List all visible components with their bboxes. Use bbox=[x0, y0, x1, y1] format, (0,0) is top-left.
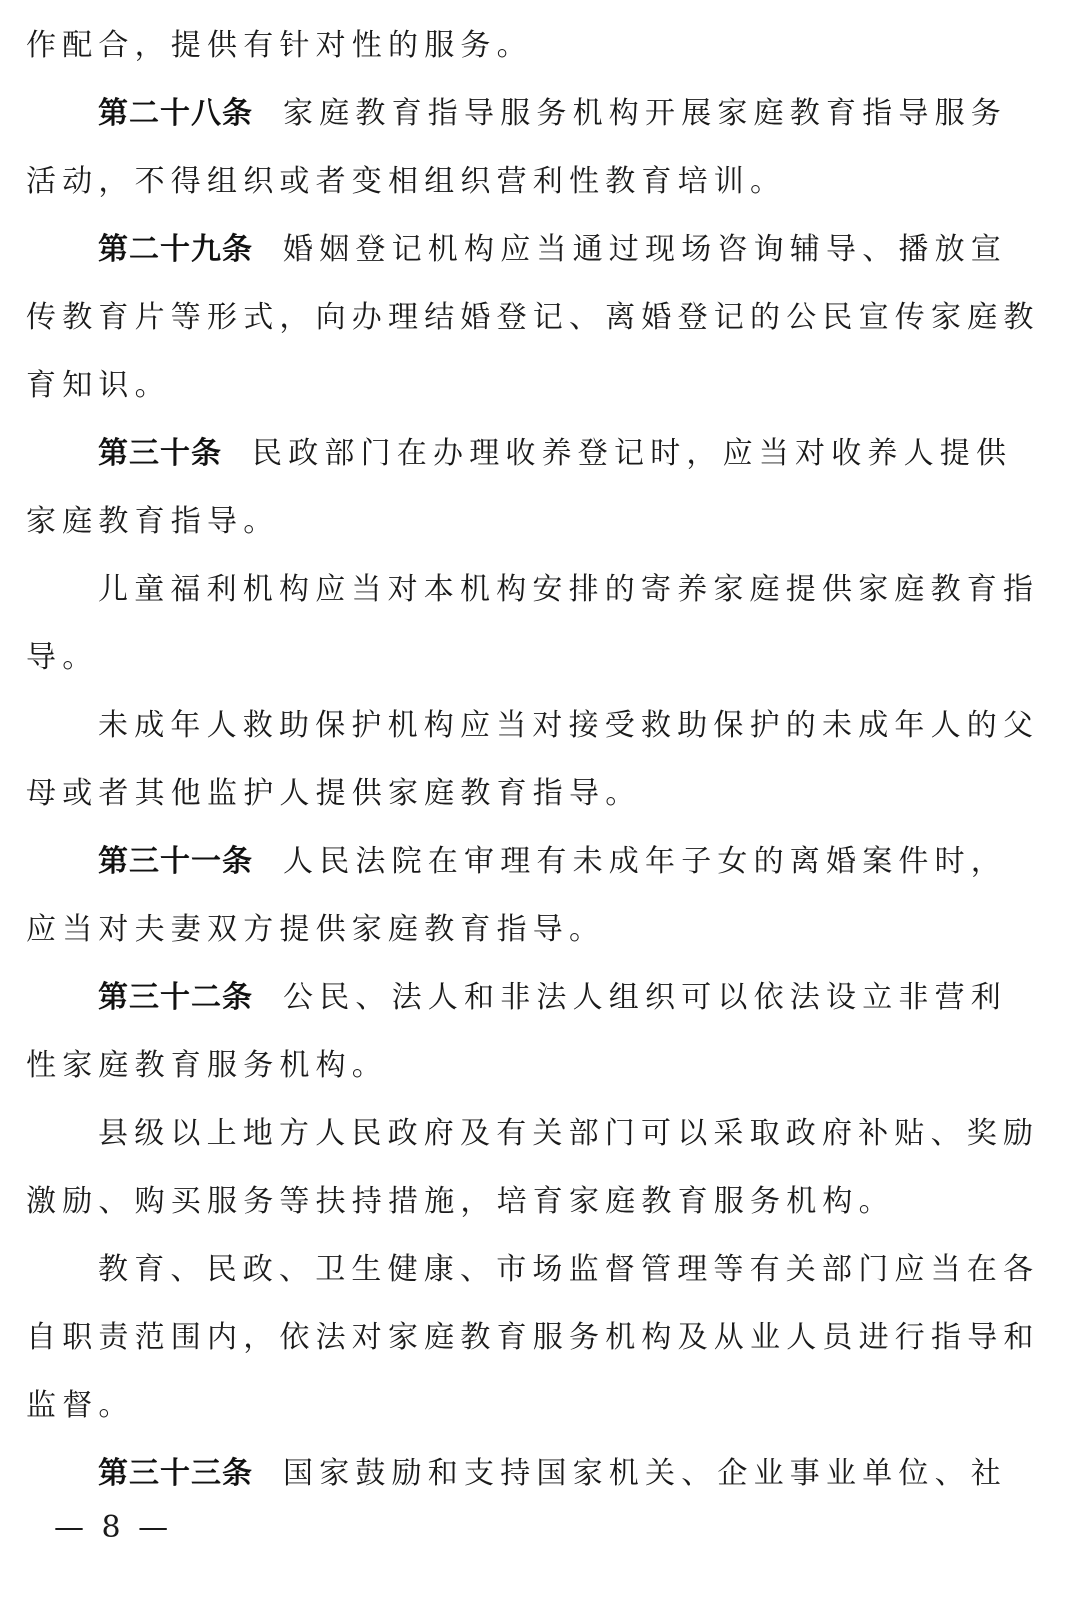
body-text: 教育、民政、卫生健康、市场监督管理等有关部门应当在各 bbox=[98, 1252, 1039, 1287]
text-line: 自职责范围内，依法对家庭教育服务机构及从业人员进行指导和 bbox=[26, 1304, 1036, 1372]
article-line: 第二十九条婚姻登记机构应当通过现场咨询辅导、播放宣 bbox=[26, 216, 1036, 284]
text-line: 活动，不得组织或者变相组织营利性教育培训。 bbox=[26, 148, 1036, 216]
text-line: 导。 bbox=[26, 624, 1036, 692]
body-text: 婚姻登记机构应当通过现场咨询辅导、播放宣 bbox=[283, 232, 1007, 267]
paragraph-line: 未成年人救助保护机构应当对接受救助保护的未成年人的父 bbox=[26, 692, 1036, 760]
text-line: 母或者其他监护人提供家庭教育指导。 bbox=[26, 760, 1036, 828]
text-line: 监督。 bbox=[26, 1372, 1036, 1440]
text-line: 应当对夫妻双方提供家庭教育指导。 bbox=[26, 896, 1036, 964]
paragraph-line: 教育、民政、卫生健康、市场监督管理等有关部门应当在各 bbox=[26, 1236, 1036, 1304]
article-heading: 第三十一条 bbox=[98, 844, 253, 879]
paragraph-line: 儿童福利机构应当对本机构安排的寄养家庭提供家庭教育指 bbox=[26, 556, 1036, 624]
article-line: 第二十八条家庭教育指导服务机构开展家庭教育指导服务 bbox=[26, 80, 1036, 148]
body-text: 家庭教育指导。 bbox=[26, 504, 279, 539]
text-line: 育知识。 bbox=[26, 352, 1036, 420]
body-text: 活动，不得组织或者变相组织营利性教育培训。 bbox=[26, 164, 786, 199]
body-text: 导。 bbox=[26, 640, 98, 675]
body-text: 未成年人救助保护机构应当对接受救助保护的未成年人的父 bbox=[98, 708, 1039, 743]
body-text: 人民法院在审理有未成年子女的离婚案件时， bbox=[283, 844, 1007, 879]
body-text: 激励、购买服务等扶持措施，培育家庭教育服务机构。 bbox=[26, 1184, 895, 1219]
body-text: 传教育片等形式，向办理结婚登记、离婚登记的公民宣传家庭教 bbox=[26, 300, 1040, 335]
article-line: 第三十二条公民、法人和非法人组织可以依法设立非营利 bbox=[26, 964, 1036, 1032]
article-line: 第三十一条人民法院在审理有未成年子女的离婚案件时， bbox=[26, 828, 1036, 896]
body-text: 育知识。 bbox=[26, 368, 171, 403]
body-text: 民政部门在办理收养登记时，应当对收养人提供 bbox=[252, 436, 1012, 471]
body-text: 国家鼓励和支持国家机关、企业事业单位、社 bbox=[283, 1456, 1007, 1491]
article-line: 第三十条民政部门在办理收养登记时，应当对收养人提供 bbox=[26, 420, 1036, 488]
paragraph-line: 县级以上地方人民政府及有关部门可以采取政府补贴、奖励 bbox=[26, 1100, 1036, 1168]
page-number: — 8 — bbox=[54, 1508, 172, 1548]
body-text: 家庭教育指导服务机构开展家庭教育指导服务 bbox=[283, 96, 1007, 131]
document-page: 作配合，提供有针对性的服务。 第二十八条家庭教育指导服务机构开展家庭教育指导服务… bbox=[26, 12, 1036, 1508]
body-text: 自职责范围内，依法对家庭教育服务机构及从业人员进行指导和 bbox=[26, 1320, 1040, 1355]
body-text: 监督。 bbox=[26, 1388, 135, 1423]
article-heading: 第三十条 bbox=[98, 436, 222, 471]
body-text: 县级以上地方人民政府及有关部门可以采取政府补贴、奖励 bbox=[98, 1116, 1039, 1151]
body-text: 应当对夫妻双方提供家庭教育指导。 bbox=[26, 912, 605, 947]
body-text: 性家庭教育服务机构。 bbox=[26, 1048, 388, 1083]
body-text: 公民、法人和非法人组织可以依法设立非营利 bbox=[283, 980, 1007, 1015]
article-heading: 第三十三条 bbox=[98, 1456, 253, 1491]
article-line: 第三十三条国家鼓励和支持国家机关、企业事业单位、社 bbox=[26, 1440, 1036, 1508]
body-text: 作配合，提供有针对性的服务。 bbox=[26, 28, 533, 63]
text-line: 传教育片等形式，向办理结婚登记、离婚登记的公民宣传家庭教 bbox=[26, 284, 1036, 352]
article-heading: 第二十九条 bbox=[98, 232, 253, 267]
text-line: 家庭教育指导。 bbox=[26, 488, 1036, 556]
text-line: 激励、购买服务等扶持措施，培育家庭教育服务机构。 bbox=[26, 1168, 1036, 1236]
article-heading: 第三十二条 bbox=[98, 980, 253, 1015]
text-line: 性家庭教育服务机构。 bbox=[26, 1032, 1036, 1100]
body-text: 母或者其他监护人提供家庭教育指导。 bbox=[26, 776, 641, 811]
article-heading: 第二十八条 bbox=[98, 96, 253, 131]
text-line: 作配合，提供有针对性的服务。 bbox=[26, 12, 1036, 80]
body-text: 儿童福利机构应当对本机构安排的寄养家庭提供家庭教育指 bbox=[98, 572, 1039, 607]
